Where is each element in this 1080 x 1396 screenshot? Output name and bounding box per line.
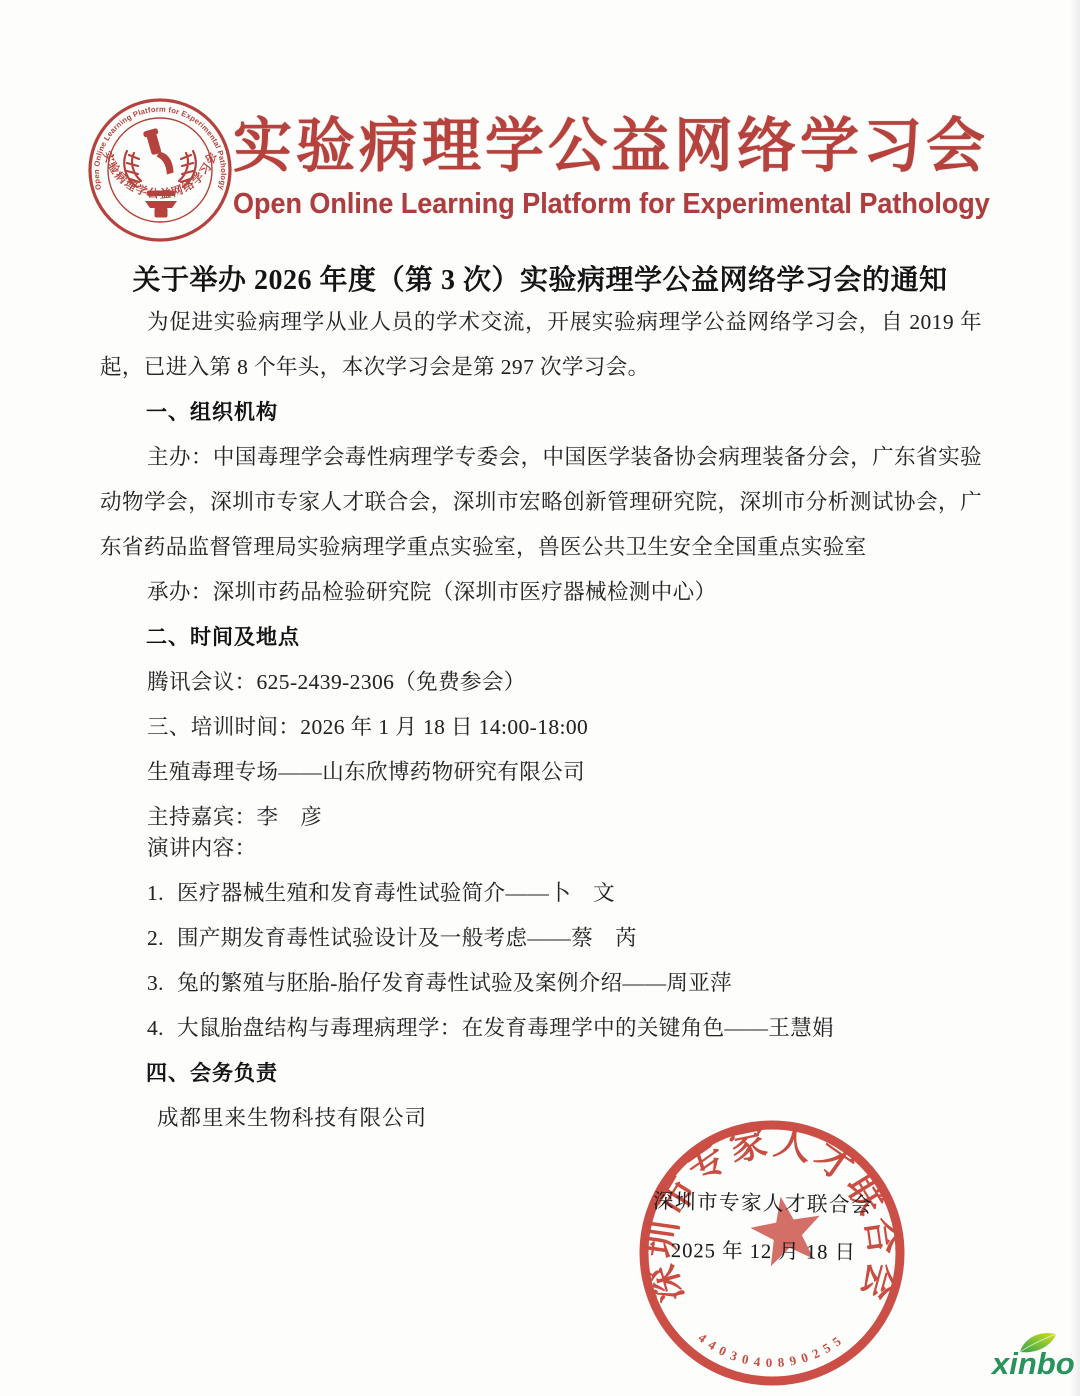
section-heading-4: 四、会务负责 [100, 1051, 982, 1096]
seal-serial-number: 4403040890255 [695, 1330, 848, 1370]
talk-text: 兔的繁殖与胚胎-胎仔发育毒性试验及案例介绍——周亚萍 [177, 971, 732, 995]
talk-item-2: 2.围产期发育毒性试验设计及一般考虑——蔡 芮 [100, 916, 982, 961]
session-line: 生殖毒理专场——山东欣博药物研究有限公司 [100, 750, 982, 795]
xinbo-watermark: xinbo [992, 1328, 1080, 1390]
notice-body: 为促进实验病理学从业人员的学术交流，开展实验病理学公益网络学习会，自 2019 … [100, 300, 982, 1141]
signature-org-line: 深圳市专家人才联合会 [653, 1184, 874, 1218]
section-heading-2: 二、时间及地点 [100, 615, 982, 660]
talk-item-4: 4.大鼠胎盘结构与毒理病理学：在发育毒理学中的关键角色——王慧娟 [100, 1006, 982, 1051]
banner-title-zh: 实验病理学公益网络学习会 [233, 104, 981, 188]
svg-text:4403040890255: 4403040890255 [695, 1330, 848, 1370]
undertaker-line: 承办：深圳市药品检验研究院（深圳市医疗器械检测中心） [100, 570, 982, 615]
agenda-label: 演讲内容： [100, 826, 982, 871]
document-page: Open Online Learning Platform for Experi… [0, 0, 1080, 1396]
logo-seal-icon: Open Online Learning Platform for Experi… [85, 95, 235, 245]
notice-title: 关于举办 2026 年度（第 3 次）实验病理学公益网络学习会的通知 [0, 258, 1080, 298]
talk-text: 大鼠胎盘结构与毒理病理学：在发育毒理学中的关键角色——王慧娟 [177, 1016, 834, 1040]
watermark-text: xinbo [992, 1346, 1075, 1382]
talk-item-1: 1.医疗器械生殖和发育毒性试验简介——卜 文 [100, 871, 982, 916]
intro-paragraph: 为促进实验病理学从业人员的学术交流，开展实验病理学公益网络学习会，自 2019 … [100, 300, 982, 390]
talk-number: 2. [147, 916, 177, 961]
section-heading-1: 一、组织机构 [100, 390, 982, 435]
talk-text: 围产期发育毒性试验设计及一般考虑——蔡 芮 [177, 926, 637, 950]
signature-date-line: 2025 年 12 月 18 日 [671, 1233, 856, 1265]
talk-number: 4. [147, 1006, 177, 1051]
training-time-line: 三、培训时间：2026 年 1 月 18 日 14:00-18:00 [100, 705, 982, 750]
talk-number: 3. [147, 961, 177, 1006]
talk-item-3: 3.兔的繁殖与胚胎-胎仔发育毒性试验及案例介绍——周亚萍 [100, 961, 982, 1006]
talk-number: 1. [147, 871, 177, 916]
banner-subtitle-en: Open Online Learning Platform for Experi… [233, 188, 929, 220]
talk-text: 医疗器械生殖和发育毒性试验简介——卜 文 [177, 881, 615, 905]
hosts-paragraph: 主办：中国毒理学会毒性病理学专委会，中国医学装备协会病理装备分会，广东省实验动物… [100, 435, 982, 570]
meeting-id-line: 腾讯会议：625-2439-2306（免费参会） [100, 660, 982, 705]
header-banner: 实验病理学公益网络学习会 Open Online Learning Platfo… [233, 104, 981, 220]
microscope-icon [124, 127, 196, 217]
